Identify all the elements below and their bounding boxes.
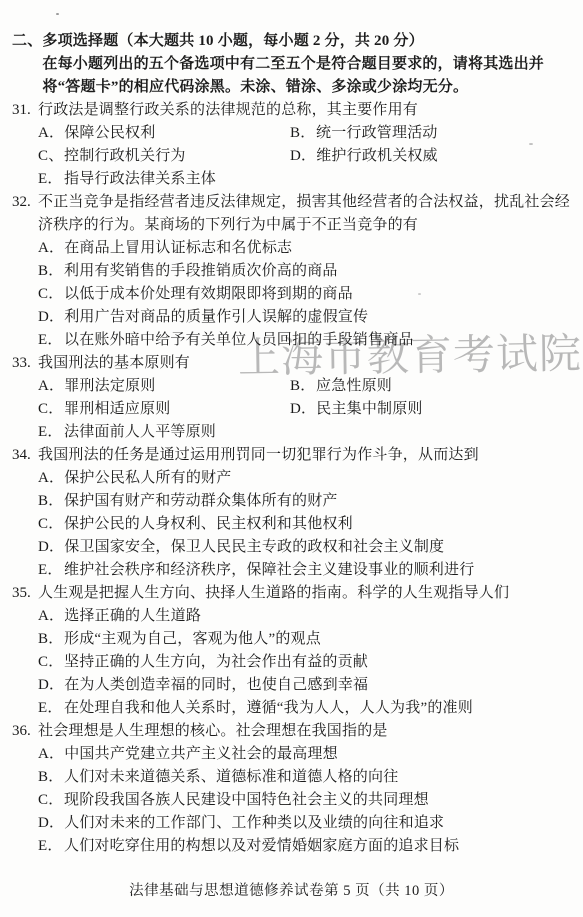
option-letter: A． bbox=[38, 237, 64, 260]
option-text: 保护公民私人所有的财产 bbox=[64, 470, 231, 486]
option-text: 人们对未来的工作部门、工作种类以及业绩的向往和追求 bbox=[64, 815, 444, 831]
option-letter: C． bbox=[38, 789, 64, 812]
option-letter: C． bbox=[38, 398, 64, 421]
question: 33. 我国刑法的基本原则有 A．罪刑法定原则 B．应急性原则 C．罪刑相适应原… bbox=[12, 352, 575, 444]
page-content: 二、 多项选择题（本大题共 10 小题，每小题 2 分，共 20 分） 在每小题… bbox=[12, 30, 575, 858]
exam-page: 上海市教育考试院 二、 多项选择题（本大题共 10 小题，每小题 2 分，共 2… bbox=[0, 0, 583, 917]
option-list: A．在商品上冒用认证标志和名优标志 B．利用有奖销售的手段推销质次价高的商品 C… bbox=[38, 237, 575, 352]
option-text: 以在账外暗中给予有关单位人员回扣的手段销售商品 bbox=[64, 332, 414, 348]
option-text: 维护社会秩序和经济秩序，保障社会主义建设事业的顺利进行 bbox=[64, 562, 474, 578]
answer-option: C．以低于成本价处理有效期限即将到期的商品 bbox=[38, 283, 575, 306]
question-number: 32. bbox=[12, 191, 38, 214]
answer-option: C．保护公民的人身权利、民主权利和其他权利 bbox=[38, 513, 575, 536]
option-text: 以低于成本价处理有效期限即将到期的商品 bbox=[64, 286, 353, 302]
answer-option: A．选择正确的人生道路 bbox=[38, 605, 575, 628]
answer-option: B．形成“主观为自己，客观为他人”的观点 bbox=[38, 628, 575, 651]
option-text: 人们对吃穿住用的构想以及对爱情婚姻家庭方面的追求目标 bbox=[64, 838, 459, 854]
option-text: 中国共产党建立共产主义社会的最高理想 bbox=[64, 746, 338, 762]
option-list: A．保护公民私人所有的财产 B．保护国有财产和劳动群众集体所有的财产 C．保护公… bbox=[38, 467, 575, 582]
option-text: 在为人类创造幸福的同时，也使自己感到幸福 bbox=[64, 677, 368, 693]
answer-option: E．在处理自我和他人关系时，遵循“我为人人，人人为我”的准则 bbox=[38, 697, 575, 720]
question-list: 31. 行政法是调整行政关系的法律规范的总称，其主要作用有 A．保障公民权利 B… bbox=[12, 99, 575, 858]
answer-option: E．以在账外暗中给予有关单位人员回扣的手段销售商品 bbox=[38, 329, 575, 352]
option-letter: A． bbox=[38, 743, 64, 766]
option-text: 控制行政机关行为 bbox=[64, 148, 186, 164]
option-text: 保障公民权利 bbox=[64, 125, 155, 141]
option-text: 罪刑法定原则 bbox=[64, 378, 155, 394]
option-letter: D． bbox=[38, 812, 64, 835]
option-letter: B． bbox=[38, 490, 64, 513]
option-letter: E． bbox=[38, 559, 64, 582]
option-text: 现阶段我国各族人民建设中国特色社会主义的共同理想 bbox=[64, 792, 429, 808]
question-stem: 人生观是把握人生方向、抉择人生道路的指南。科学的人生观指导人们 bbox=[38, 582, 575, 605]
answer-option: D．维护行政机关权威 bbox=[290, 145, 575, 168]
option-letter: D． bbox=[38, 536, 64, 559]
option-letter: A． bbox=[38, 605, 64, 628]
option-letter: C． bbox=[38, 651, 64, 674]
option-text: 民主集中制原则 bbox=[316, 401, 422, 417]
option-text: 保卫国家安全，保卫人民民主专政的政权和社会主义制度 bbox=[64, 539, 444, 555]
question: 31. 行政法是调整行政关系的法律规范的总称，其主要作用有 A．保障公民权利 B… bbox=[12, 99, 575, 191]
answer-option: A．罪刑法定原则 bbox=[38, 375, 290, 398]
answer-option: C．现阶段我国各族人民建设中国特色社会主义的共同理想 bbox=[38, 789, 575, 812]
answer-option: C．罪刑相适应原则 bbox=[38, 398, 290, 421]
answer-option: D．在为人类创造幸福的同时，也使自己感到幸福 bbox=[38, 674, 575, 697]
question-stem: 行政法是调整行政关系的法律规范的总称，其主要作用有 bbox=[38, 99, 575, 122]
scan-speck bbox=[56, 13, 59, 15]
option-list: A．罪刑法定原则 B．应急性原则 C．罪刑相适应原则 D．民主集中制原则 E．法… bbox=[38, 375, 575, 444]
option-text: 应急性原则 bbox=[316, 378, 392, 394]
option-letter: B． bbox=[38, 628, 64, 651]
question-stem: 我国刑法的基本原则有 bbox=[38, 352, 575, 375]
option-text: 保护国有财产和劳动群众集体所有的财产 bbox=[64, 493, 338, 509]
option-text: 形成“主观为自己，客观为他人”的观点 bbox=[64, 631, 321, 647]
option-letter: B． bbox=[290, 375, 316, 398]
option-letter: C、 bbox=[38, 145, 64, 168]
answer-option: C．坚持正确的人生方向，为社会作出有益的贡献 bbox=[38, 651, 575, 674]
question-number: 34. bbox=[12, 444, 38, 467]
answer-option: E．指导行政法律关系主体 bbox=[38, 168, 575, 191]
option-letter: E． bbox=[38, 329, 64, 352]
option-letter: E． bbox=[38, 697, 64, 720]
option-letter: D． bbox=[290, 145, 316, 168]
question: 34. 我国刑法的任务是通过运用刑罚同一切犯罪行为作斗争，从而达到 A．保护公民… bbox=[12, 444, 575, 582]
option-text: 指导行政法律关系主体 bbox=[64, 171, 216, 187]
option-text: 在商品上冒用认证标志和名优标志 bbox=[64, 240, 292, 256]
section-number: 二、 bbox=[12, 30, 42, 53]
answer-option: B．统一行政管理活动 bbox=[290, 122, 575, 145]
question: 35. 人生观是把握人生方向、抉择人生道路的指南。科学的人生观指导人们 A．选择… bbox=[12, 582, 575, 720]
answer-option: D．人们对未来的工作部门、工作种类以及业绩的向往和追求 bbox=[38, 812, 575, 835]
question-stem: 社会理想是人生理想的核心。社会理想在我国指的是 bbox=[38, 720, 575, 743]
option-letter: B． bbox=[38, 766, 64, 789]
answer-option: A．中国共产党建立共产主义社会的最高理想 bbox=[38, 743, 575, 766]
option-letter: E． bbox=[38, 168, 64, 191]
option-text: 罪刑相适应原则 bbox=[64, 401, 170, 417]
option-list: A．中国共产党建立共产主义社会的最高理想 B．人们对未来道德关系、道德标准和道德… bbox=[38, 743, 575, 858]
option-text: 统一行政管理活动 bbox=[316, 125, 438, 141]
question-stem: 我国刑法的任务是通过运用刑罚同一切犯罪行为作斗争，从而达到 bbox=[38, 444, 575, 467]
option-text: 人们对未来道德关系、道德标准和道德人格的向往 bbox=[64, 769, 398, 785]
option-text: 保护公民的人身权利、民主权利和其他权利 bbox=[64, 516, 353, 532]
option-letter: A． bbox=[38, 122, 64, 145]
option-letter: B． bbox=[290, 122, 316, 145]
option-letter: C． bbox=[38, 513, 64, 536]
answer-option: D．利用广告对商品的质量作引人误解的虚假宣传 bbox=[38, 306, 575, 329]
question: 32. 不正当竞争是指经营者违反法律规定，损害其他经营者的合法权益，扰乱社会经济… bbox=[12, 191, 575, 352]
answer-option: B．人们对未来道德关系、道德标准和道德人格的向往 bbox=[38, 766, 575, 789]
answer-option: A．在商品上冒用认证标志和名优标志 bbox=[38, 237, 575, 260]
option-letter: C． bbox=[38, 283, 64, 306]
option-text: 维护行政机关权威 bbox=[316, 148, 438, 164]
answer-option: E．维护社会秩序和经济秩序，保障社会主义建设事业的顺利进行 bbox=[38, 559, 575, 582]
page-footer: 法律基础与思想道德修养试卷第 5 页（共 10 页） bbox=[0, 880, 583, 903]
option-letter: E． bbox=[38, 835, 64, 858]
answer-option: A．保护公民私人所有的财产 bbox=[38, 467, 575, 490]
question-number: 33. bbox=[12, 352, 38, 375]
section-title: 多项选择题（本大题共 10 小题，每小题 2 分，共 20 分） bbox=[42, 30, 575, 53]
option-letter: D． bbox=[38, 306, 64, 329]
option-letter: E． bbox=[38, 421, 64, 444]
option-list: A．选择正确的人生道路 B．形成“主观为自己，客观为他人”的观点 C．坚持正确的… bbox=[38, 605, 575, 720]
option-letter: D． bbox=[38, 674, 64, 697]
option-text: 利用有奖销售的手段推销质次价高的商品 bbox=[64, 263, 338, 279]
answer-option: B．应急性原则 bbox=[290, 375, 575, 398]
question-number: 36. bbox=[12, 720, 38, 743]
answer-option: E．法律面前人人平等原则 bbox=[38, 421, 575, 444]
option-text: 在处理自我和他人关系时，遵循“我为人人，人人为我”的准则 bbox=[64, 700, 473, 716]
option-letter: A． bbox=[38, 467, 64, 490]
answer-option: D．民主集中制原则 bbox=[290, 398, 575, 421]
option-text: 利用广告对商品的质量作引人误解的虚假宣传 bbox=[64, 309, 368, 325]
option-text: 坚持正确的人生方向，为社会作出有益的贡献 bbox=[64, 654, 368, 670]
option-list: A．保障公民权利 B．统一行政管理活动 C、控制行政机关行为 D．维护行政机关权… bbox=[38, 122, 575, 191]
answer-option: C、控制行政机关行为 bbox=[38, 145, 290, 168]
option-letter: A． bbox=[38, 375, 64, 398]
answer-option: B．利用有奖销售的手段推销质次价高的商品 bbox=[38, 260, 575, 283]
option-text: 法律面前人人平等原则 bbox=[64, 424, 216, 440]
section-header: 二、 多项选择题（本大题共 10 小题，每小题 2 分，共 20 分） 在每小题… bbox=[12, 30, 575, 99]
answer-option: B．保护国有财产和劳动群众集体所有的财产 bbox=[38, 490, 575, 513]
question: 36. 社会理想是人生理想的核心。社会理想在我国指的是 A．中国共产党建立共产主… bbox=[12, 720, 575, 858]
option-letter: D． bbox=[290, 398, 316, 421]
option-text: 选择正确的人生道路 bbox=[64, 608, 201, 624]
question-stem: 不正当竞争是指经营者违反法律规定，损害其他经营者的合法权益，扰乱社会经济秩序的行… bbox=[38, 191, 575, 237]
question-number: 35. bbox=[12, 582, 38, 605]
answer-option: E．人们对吃穿住用的构想以及对爱情婚姻家庭方面的追求目标 bbox=[38, 835, 575, 858]
question-number: 31. bbox=[12, 99, 38, 122]
answer-option: D．保卫国家安全，保卫人民民主专政的政权和社会主义制度 bbox=[38, 536, 575, 559]
answer-option: A．保障公民权利 bbox=[38, 122, 290, 145]
section-instructions: 在每小题列出的五个备选项中有二至五个是符合题目要求的，请将其选出并将“答题卡”的… bbox=[42, 53, 575, 99]
option-letter: B． bbox=[38, 260, 64, 283]
